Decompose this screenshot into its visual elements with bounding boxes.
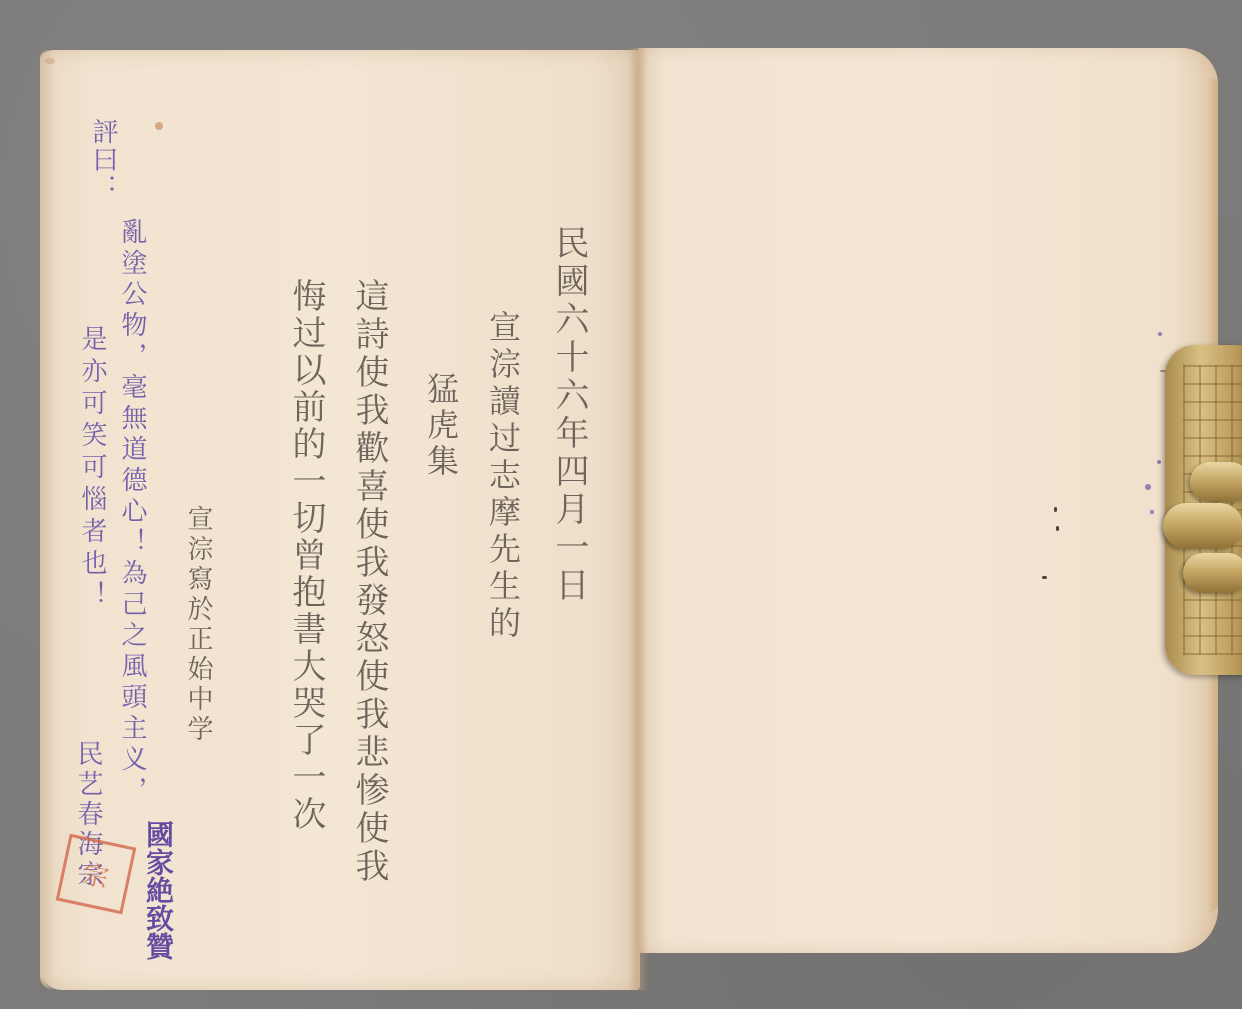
seal-text: 宗 (79, 853, 112, 895)
comment-emphasis: 國家絶致贊 (138, 820, 178, 960)
paper-stain (155, 122, 163, 130)
red-seal-stamp: 宗 (56, 834, 137, 915)
open-book-photo: 民國六十六年四月一日 宣淙讀过志摩先生的 猛虎集 這詩使我歡喜使我發怒使我悲惨使… (0, 0, 1242, 1009)
comment-line-2: 是亦可笑可惱者也！ (74, 325, 111, 613)
ink-speck (1157, 460, 1161, 464)
clip-finger (1190, 462, 1242, 502)
ink-speck (1145, 484, 1151, 490)
clip-finger (1183, 553, 1242, 593)
pencil-dot (1056, 526, 1059, 531)
poem-line-1: 這詩使我歡喜使我發怒使我悲惨使我 (345, 278, 394, 886)
paper-stain (45, 58, 55, 64)
ink-speck (1150, 510, 1154, 514)
pencil-dot (1042, 576, 1047, 579)
book-gutter (628, 48, 648, 990)
pencil-dot (1054, 507, 1057, 512)
comment-label: 評曰： (85, 118, 122, 202)
date-line: 民國六十六年四月一日 (545, 225, 594, 605)
reader-line: 宣淙讀过志摩先生的 (480, 310, 526, 643)
right-page (638, 48, 1218, 953)
signature-line: 宣淙寫於正始中学 (180, 505, 217, 745)
poem-line-2: 悔过以前的一切曾抱書大哭了一次 (282, 278, 331, 833)
clip-finger (1163, 503, 1242, 549)
book-title-line: 猛虎集 (418, 372, 464, 480)
ink-speck (1158, 332, 1162, 336)
comment-line-1: 亂塗公物，毫無道德心！為己之風頭主义， (114, 218, 151, 807)
